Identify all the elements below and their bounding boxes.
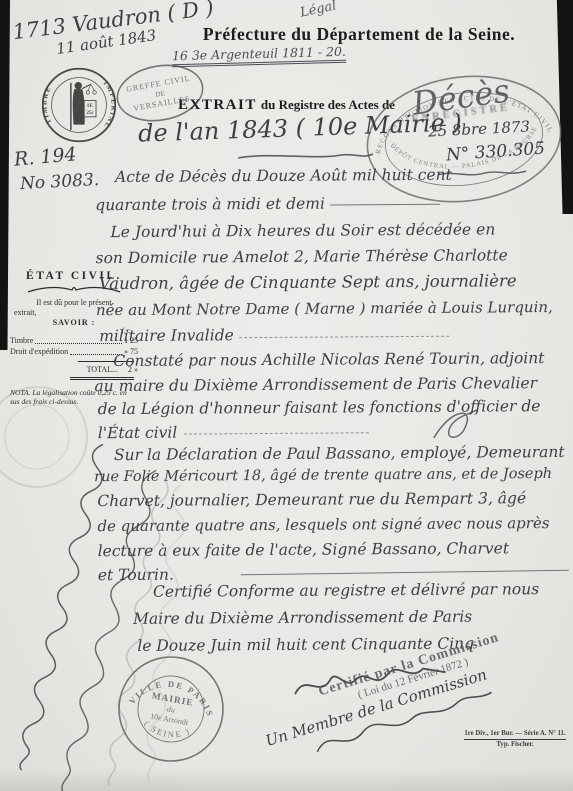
body-line: quarante trois à midi et demi: [95, 195, 325, 215]
dash-filler: [184, 432, 369, 434]
body-line: au maire du Dixième Arrondissement de Pa…: [94, 374, 537, 395]
body-line: Vaudron, âgée de Cinquante Sept ans, jou…: [99, 271, 517, 293]
body-line: Le Jourd'hui à Dix heures du Soir est dé…: [110, 220, 495, 241]
dash-filler: [239, 336, 449, 338]
body-line: militaire Invalide: [99, 326, 234, 345]
printer-note: 1re Div., 1er Bur. — Série A. N° 11. Typ…: [462, 729, 568, 749]
body-line: Constaté par nous Achille Nicolas René T…: [113, 349, 544, 370]
dash-filler: [330, 204, 440, 206]
closing-rule: [241, 570, 569, 576]
ghost-stamp: [0, 382, 92, 492]
body-line: née au Mont Notre Dame ( Marne ) mariée …: [96, 298, 553, 319]
series-note: 1re Div., 1er Bur. — Série A. N° 11.: [464, 729, 565, 740]
certification-line: Certifié Conforme au registre et délivré…: [153, 580, 539, 601]
body-line: Acte de Décès du Douze Août mil huit cen…: [115, 166, 452, 186]
strikethrough-scribble: [438, 167, 528, 180]
certification-line: Maire du Dixième Arrondissement de Paris: [133, 608, 472, 628]
body-line: son Domicile rue Amelot 2, Marie Thérèse…: [96, 246, 508, 267]
printer-name: Typ. Fischer.: [496, 741, 533, 748]
flourish-mark: [430, 403, 480, 445]
body-line: Sur la Déclaration de Paul Bassano, empl…: [114, 443, 565, 464]
body-line: l'État civil: [98, 424, 178, 443]
document-scan: 1713 Vaudron ( D ) 11 août 1843 Légal Pr…: [0, 0, 573, 791]
